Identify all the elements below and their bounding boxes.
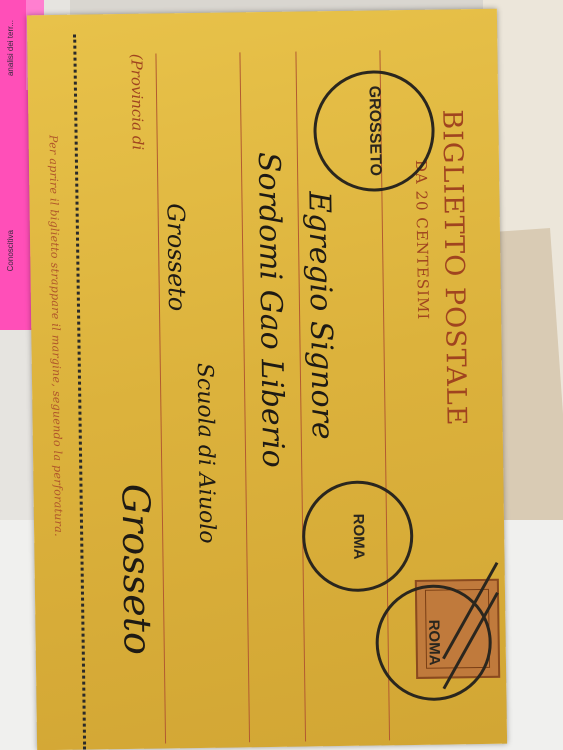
pink-tab-text-1: analisi dei terr... bbox=[6, 20, 15, 76]
handwriting-line-1: Egregio Signore bbox=[301, 191, 339, 440]
perforation-line bbox=[73, 35, 86, 750]
handwriting-province: Grosseto bbox=[162, 203, 192, 311]
pink-tab-text-2: Conoscitiva bbox=[6, 230, 15, 271]
province-label: (Provincia di bbox=[127, 54, 146, 151]
handwriting-line-2: Sordomi Gao Liberio bbox=[251, 152, 290, 468]
card-title: BIGLIETTO POSTALE bbox=[436, 109, 471, 426]
card-subtitle: DA 20 CENTESIMI bbox=[412, 160, 432, 321]
margin-instruction: Per aprire il biglietto strappare il mar… bbox=[47, 135, 66, 537]
handwriting-line-3: Scuola di Aiuolo bbox=[192, 363, 220, 544]
letter-card: Per aprire il biglietto strappare il mar… bbox=[27, 9, 507, 750]
handwriting-city: Grosseto bbox=[113, 484, 159, 656]
postmark-roma-1: ROMA bbox=[301, 480, 414, 593]
address-rule-2 bbox=[239, 52, 250, 742]
